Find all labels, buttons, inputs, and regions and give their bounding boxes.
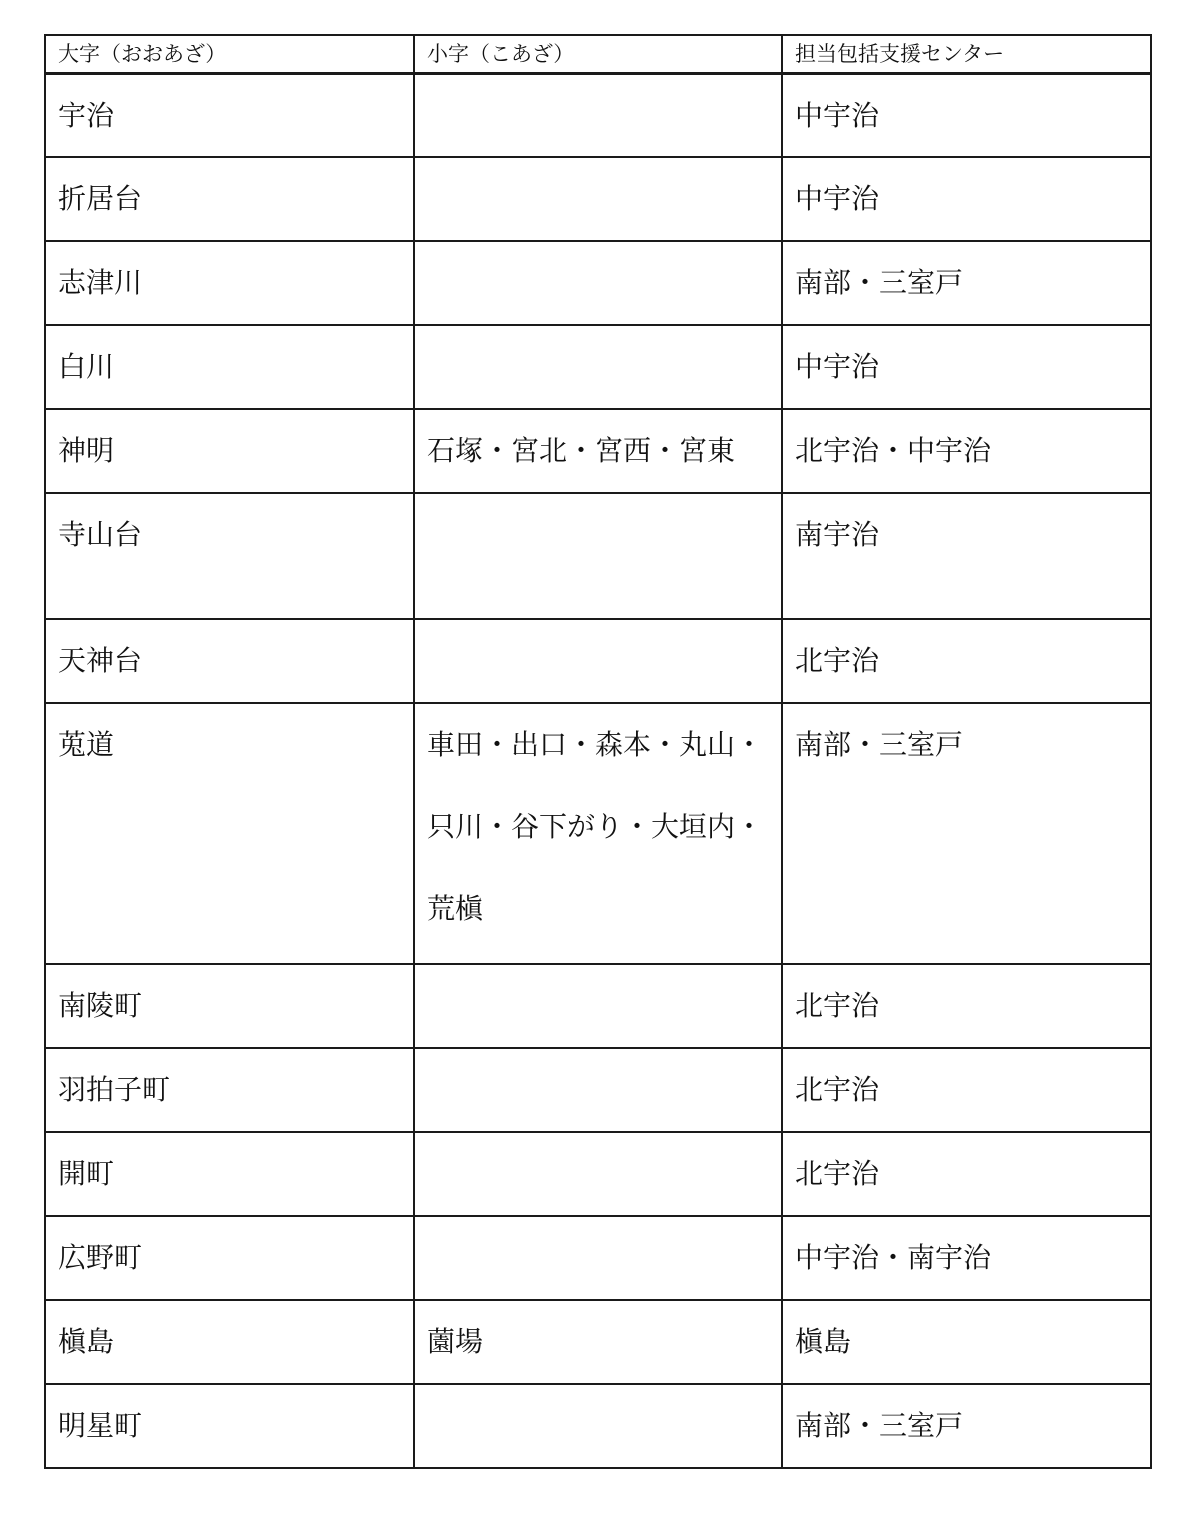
cell-koaza: 車田・出口・森本・丸山・ 只川・谷下がり・大垣内・ 荒槇 (414, 703, 782, 964)
koaza-multiline: 車田・出口・森本・丸山・ 只川・谷下がり・大垣内・ 荒槇 (427, 704, 769, 950)
koaza-line: 荒槇 (427, 868, 769, 950)
cell-center: 北宇治 (782, 964, 1151, 1048)
cell-koaza (414, 1132, 782, 1216)
table-row: 南陵町 北宇治 (45, 964, 1151, 1048)
cell-oaza: 折居台 (45, 157, 414, 241)
cell-center: 中宇治・南宇治 (782, 1216, 1151, 1300)
cell-oaza: 白川 (45, 325, 414, 409)
cell-oaza: 寺山台 (45, 493, 414, 619)
cell-koaza (414, 1384, 782, 1468)
cell-koaza (414, 493, 782, 619)
table-row: 莵道 車田・出口・森本・丸山・ 只川・谷下がり・大垣内・ 荒槇 南部・三室戸 (45, 703, 1151, 964)
cell-koaza: 石塚・宮北・宮西・宮東 (414, 409, 782, 493)
cell-koaza: 薗場 (414, 1300, 782, 1384)
cell-oaza: 志津川 (45, 241, 414, 325)
koaza-line: 只川・谷下がり・大垣内・ (427, 786, 769, 868)
table-row: 槇島 薗場 槇島 (45, 1300, 1151, 1384)
cell-center: 中宇治 (782, 325, 1151, 409)
cell-center: 槇島 (782, 1300, 1151, 1384)
cell-center: 南宇治 (782, 493, 1151, 619)
cell-center: 北宇治・中宇治 (782, 409, 1151, 493)
cell-koaza (414, 619, 782, 703)
cell-oaza: 開町 (45, 1132, 414, 1216)
cell-center: 南部・三室戸 (782, 241, 1151, 325)
cell-center: 北宇治 (782, 1048, 1151, 1132)
cell-center: 中宇治 (782, 157, 1151, 241)
cell-center: 北宇治 (782, 619, 1151, 703)
table-row: 広野町 中宇治・南宇治 (45, 1216, 1151, 1300)
table-header-row: 大字（おおあざ） 小字（こあざ） 担当包括支援センター (45, 35, 1151, 73)
cell-oaza: 莵道 (45, 703, 414, 964)
district-center-table: 大字（おおあざ） 小字（こあざ） 担当包括支援センター 宇治 中宇治 折居台 中… (44, 34, 1152, 1469)
cell-koaza (414, 325, 782, 409)
table-row: 羽拍子町 北宇治 (45, 1048, 1151, 1132)
cell-oaza: 明星町 (45, 1384, 414, 1468)
table-row: 天神台 北宇治 (45, 619, 1151, 703)
table-row: 開町 北宇治 (45, 1132, 1151, 1216)
table-row: 折居台 中宇治 (45, 157, 1151, 241)
table-row: 神明 石塚・宮北・宮西・宮東 北宇治・中宇治 (45, 409, 1151, 493)
cell-koaza (414, 1216, 782, 1300)
header-koaza: 小字（こあざ） (414, 35, 782, 73)
koaza-line: 車田・出口・森本・丸山・ (427, 704, 769, 786)
cell-oaza: 南陵町 (45, 964, 414, 1048)
cell-center: 南部・三室戸 (782, 1384, 1151, 1468)
cell-koaza (414, 964, 782, 1048)
cell-oaza: 羽拍子町 (45, 1048, 414, 1132)
cell-center: 南部・三室戸 (782, 703, 1151, 964)
cell-center: 北宇治 (782, 1132, 1151, 1216)
cell-oaza: 宇治 (45, 73, 414, 157)
cell-oaza: 槇島 (45, 1300, 414, 1384)
header-center: 担当包括支援センター (782, 35, 1151, 73)
cell-oaza: 神明 (45, 409, 414, 493)
header-oaza: 大字（おおあざ） (45, 35, 414, 73)
cell-center: 中宇治 (782, 73, 1151, 157)
table-row: 志津川 南部・三室戸 (45, 241, 1151, 325)
cell-koaza (414, 73, 782, 157)
table-row: 寺山台 南宇治 (45, 493, 1151, 619)
cell-koaza (414, 157, 782, 241)
cell-oaza: 広野町 (45, 1216, 414, 1300)
cell-koaza (414, 1048, 782, 1132)
table-row: 白川 中宇治 (45, 325, 1151, 409)
table-row: 宇治 中宇治 (45, 73, 1151, 157)
cell-oaza: 天神台 (45, 619, 414, 703)
cell-koaza (414, 241, 782, 325)
table-row: 明星町 南部・三室戸 (45, 1384, 1151, 1468)
